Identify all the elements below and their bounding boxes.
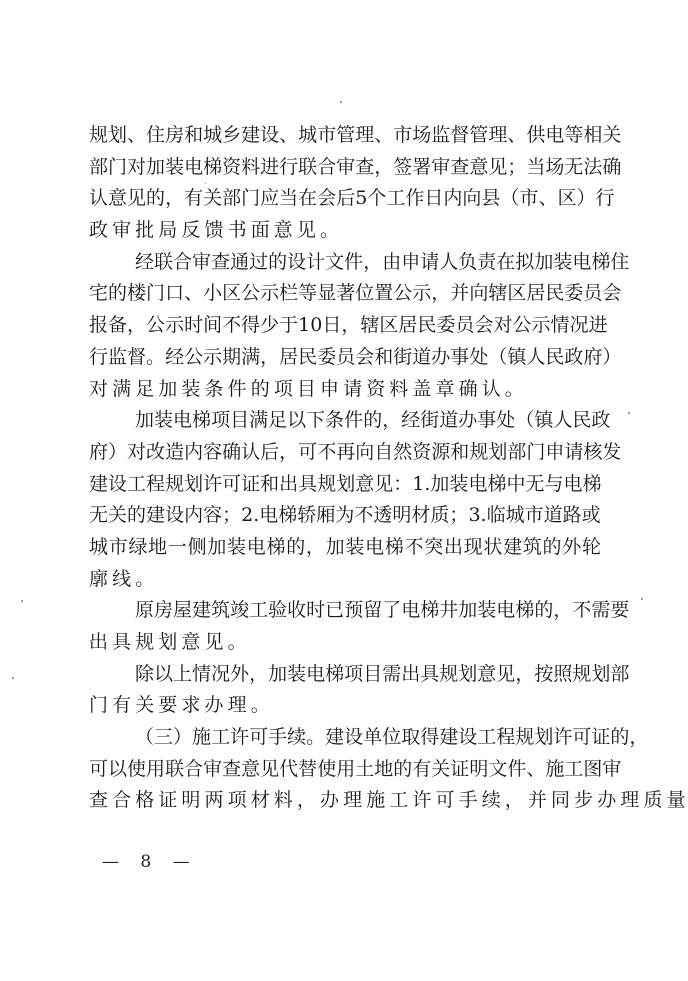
scan-speck (205, 183, 206, 184)
text-line: 建设工程规划许可证和出具规划意见：1. 加装电梯中无与电梯 (89, 469, 601, 501)
text-line: 城市绿地一侧加装电梯的，加装电梯不突出现状建筑的外轮 (89, 532, 601, 564)
text-line: 部门对加装电梯资料进行联合审查，签署审查意见；当场无法确 (89, 152, 601, 184)
text-line: 规划、住房和城乡建设、城市管理、市场监督管理、供电等相关 (89, 120, 601, 152)
scan-speck (628, 412, 630, 414)
text-line: 出具规划意见。 (89, 627, 601, 659)
page-number: — 8 — (102, 852, 198, 872)
text-line: 政审批局反馈书面意见。 (89, 215, 601, 247)
text-line: 门有关要求办理。 (89, 690, 601, 722)
document-page: 规划、住房和城乡建设、城市管理、市场监督管理、供电等相关部门对加装电梯资料进行联… (0, 0, 688, 981)
text-line: 报备，公示时间不得少于10日，辖区居民委员会对公示情况进 (89, 310, 601, 342)
text-line: （三）施工许可手续。建设单位取得建设工程规划许可证的， (89, 722, 601, 754)
text-line: 经联合审查通过的设计文件，由申请人负责在拟加装电梯住 (89, 247, 601, 279)
text-line: 可以使用联合审查意见代替使用土地的有关证明文件、施工图审 (89, 754, 601, 786)
text-line: 认意见的，有关部门应当在会后5个工作日内向县（市、区）行 (89, 183, 601, 215)
scan-speck (90, 640, 92, 642)
text-line: 对满足加装条件的项目申请资料盖章确认。 (89, 374, 601, 406)
text-line: 原房屋建筑竣工验收时已预留了电梯井加装电梯的，不需要 (89, 595, 601, 627)
scan-speck (12, 677, 14, 679)
text-line: 无关的建设内容；2. 电梯轿厢为不透明材质；3. 临城市道路或 (89, 500, 601, 532)
scan-speck (641, 598, 643, 600)
text-line: 查合格证明两项材料，办理施工许可手续，并同步办理质量安全 (89, 785, 601, 817)
body-text: 规划、住房和城乡建设、城市管理、市场监督管理、供电等相关部门对加装电梯资料进行联… (89, 120, 601, 817)
scan-speck (340, 101, 342, 103)
text-line: 加装电梯项目满足以下条件的，经街道办事处（镇人民政 (89, 405, 601, 437)
text-line: 府）对改造内容确认后，可不再向自然资源和规划部门申请核发 (89, 437, 601, 469)
text-line: 宅的楼门口、小区公示栏等显著位置公示，并向辖区居民委员会 (89, 278, 601, 310)
text-line: 廓线。 (89, 564, 601, 596)
text-line: 行监督。经公示期满，居民委员会和街道办事处（镇人民政府） (89, 342, 601, 374)
text-line: 除以上情况外，加装电梯项目需出具规划意见，按照规划部 (89, 659, 601, 691)
scan-speck (21, 600, 23, 602)
